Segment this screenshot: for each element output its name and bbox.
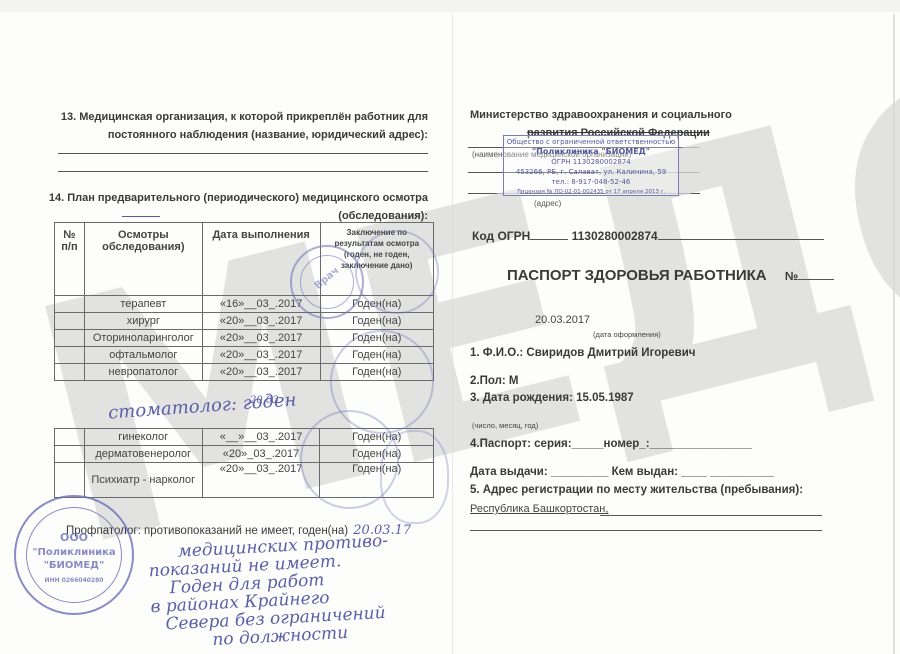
row-exam: гинеколог: [84, 429, 202, 446]
address-value: Республика Башкортостан,: [470, 503, 608, 515]
ministry-line1: Министерство здравоохранения и социально…: [470, 109, 732, 121]
section-13-line2: постоянного наблюдения (название, юридич…: [61, 129, 428, 141]
number-label: №: [785, 269, 798, 283]
row-date: «20»__03_.2017: [202, 364, 320, 381]
seal-text-ooo: ООО: [16, 531, 132, 544]
rect-stamp-line: тел.: 8-917-048-52-46: [504, 177, 678, 187]
row-exam: Оториноларинголог: [84, 330, 202, 347]
section-14-heading: 14. План предварительного (периодическог…: [49, 192, 428, 222]
address-caption: (адрес): [534, 199, 561, 208]
page-fold: [452, 14, 453, 654]
passport-issued-row: Дата выдачи: _________ Кем выдан: ____ _…: [470, 466, 774, 478]
row-num: [55, 364, 85, 381]
header-exam: Осмотры обследования): [84, 223, 202, 296]
header-num: № п/п: [55, 223, 85, 296]
worker-birth-date: 3. Дата рождения: 15.05.1987: [470, 392, 634, 404]
row-num: [55, 296, 85, 313]
table-row: хирург «20»__03_.2017 Годен(на): [55, 313, 434, 330]
handwritten-conclusion: медицинских противо- показаний не имеет.…: [147, 532, 393, 652]
doctor-stamp-1: Врач: [290, 245, 364, 319]
section-14-line1: 14. План предварительного (периодическог…: [49, 192, 428, 204]
birth-date-caption: (число, месяц, год): [472, 421, 538, 430]
row-exam: офтальмолог: [84, 347, 202, 364]
document-title: ПАСПОРТ ЗДОРОВЬЯ РАБОТНИКА №: [507, 267, 834, 284]
rect-stamp-line: 453266, РБ, г. Салават, ул. Калинина, 59: [504, 167, 678, 177]
row-exam: хирург: [84, 313, 202, 330]
ogrn-row: Код ОГРН 1130280002874: [472, 229, 824, 243]
row-exam: терапевт: [84, 296, 202, 313]
issue-date: 20.03.2017: [535, 314, 590, 326]
address-line-4: [470, 530, 822, 531]
section-13-line1: 13. Медицинская организация, к которой п…: [61, 111, 428, 123]
seal-text-name1: "Поликлиника: [16, 547, 132, 558]
organization-seal: ООО "Поликлиника "БИОМЕД" ИНН 0266040280: [14, 495, 134, 615]
row-num: [55, 446, 85, 463]
row-exam: дерматовенеролог: [84, 446, 202, 463]
seal-text-name2: "БИОМЕД": [16, 560, 132, 571]
rect-stamp-line: Общество с ограниченной ответственностью: [504, 137, 678, 147]
address-line-3: [600, 515, 822, 516]
scan-right-edge: [893, 14, 895, 654]
row-exam: невропатолог: [84, 364, 202, 381]
org-name-line: [58, 153, 428, 154]
seal-text-inn: ИНН 0266040280: [16, 577, 132, 584]
rect-stamp-line: Лицензия № ЛО-02-01-002435 от 17 апреля …: [504, 187, 678, 197]
ogrn-label: Код ОГРН: [472, 229, 530, 243]
handwritten-small-date: 20.03: [250, 395, 279, 406]
passport-row: 4.Паспорт: серия:_____номер_:___________…: [470, 438, 752, 450]
row-date: «20»__03_.2017: [202, 313, 320, 330]
ogrn-value: 1130280002874: [572, 229, 658, 243]
rect-stamp-line: "Поликлиника "БИОМЕД": [504, 147, 678, 157]
org-address-line: [58, 171, 428, 172]
row-num: [55, 429, 85, 446]
row-date: «20»__03_.2017: [202, 347, 320, 364]
row-num: [55, 463, 85, 498]
organization-rect-stamp: Общество с ограниченной ответственностью…: [503, 135, 679, 196]
section-13-heading: 13. Медицинская организация, к которой п…: [61, 111, 428, 141]
rect-stamp-line: ОГРН 1130280002874: [504, 157, 678, 167]
row-num: [55, 330, 85, 347]
issue-date-caption: (дата оформления): [593, 330, 661, 339]
title-text: ПАСПОРТ ЗДОРОВЬЯ РАБОТНИКА: [507, 267, 767, 284]
row-num: [55, 347, 85, 364]
address-label: 5. Адрес регистрации по месту жительства…: [470, 484, 803, 496]
worker-gender: 2.Пол: М: [470, 375, 519, 387]
scan-top-edge: [0, 0, 900, 12]
doctor-stamp-2: [355, 230, 439, 314]
doctor-stamp-5: [380, 430, 449, 524]
worker-fio: 1. Ф.И.О.: Свиридов Дмитрий Игоревич: [470, 347, 695, 359]
section-14-line2: (обследования):: [49, 210, 428, 222]
row-exam: Психиатр - нарколог: [84, 463, 202, 498]
row-date: «20»__03_.2017: [202, 330, 320, 347]
row-num: [55, 313, 85, 330]
